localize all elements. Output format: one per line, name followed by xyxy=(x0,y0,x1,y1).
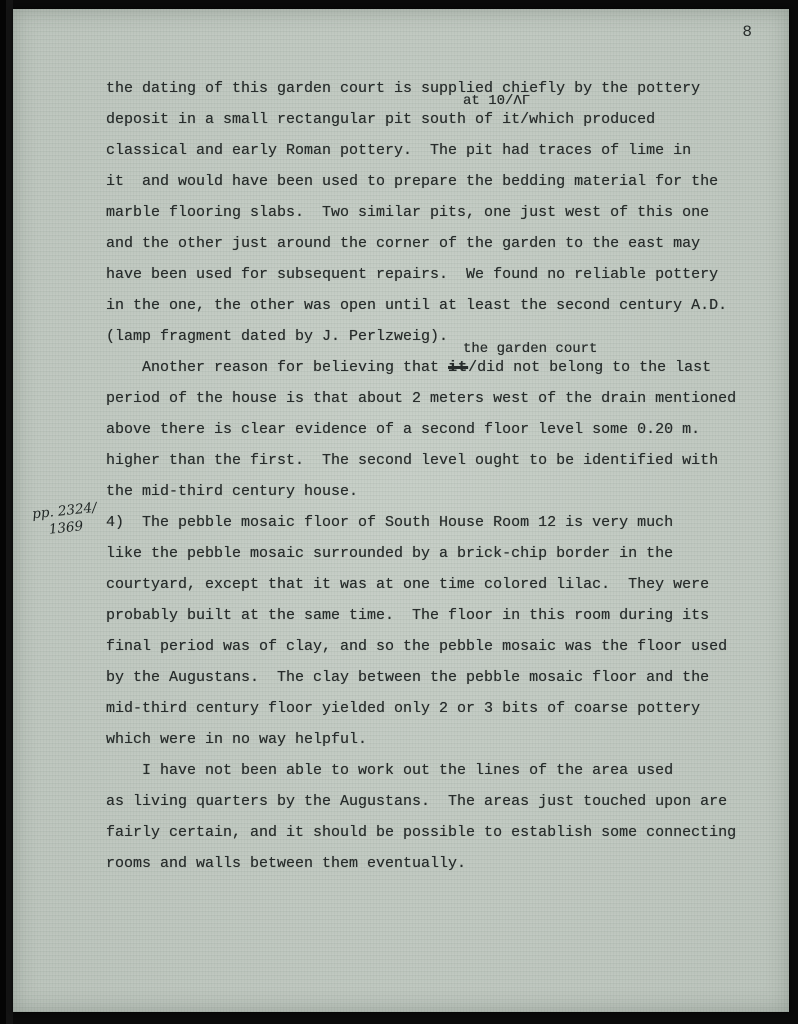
interlinear-insert: at 10/ΛΓ xyxy=(463,94,530,108)
typescript-line-text: deposit in a small rectangular pit south… xyxy=(106,111,655,128)
typescript-line: rooms and walls between them eventually. xyxy=(106,848,774,879)
typescript-line: have been used for subsequent repairs. W… xyxy=(106,259,774,290)
typescript-line: above there is clear evidence of a secon… xyxy=(106,414,774,445)
margin-annotation-line2: 1369 xyxy=(48,517,99,539)
typescript-line: fairly certain, and it should be possibl… xyxy=(106,817,774,848)
typescript-line: the garden court Another reason for beli… xyxy=(106,352,774,383)
typescript-line: by the Augustans. The clay between the p… xyxy=(106,662,774,693)
typescript-line: like the pebble mosaic surrounded by a b… xyxy=(106,538,774,569)
typescript-line: I have not been able to work out the lin… xyxy=(106,755,774,786)
typescript-line: the dating of this garden court is suppl… xyxy=(106,73,774,104)
typescript-line: 4) The pebble mosaic floor of South Hous… xyxy=(106,507,774,538)
typescript-line-text: Another reason for believing that xyxy=(106,359,448,376)
typescript-line: period of the house is that about 2 mete… xyxy=(106,383,774,414)
scanned-page: 8 pp. 2324/1369 the dating of this garde… xyxy=(13,9,789,1012)
typescript-line: mid-third century floor yielded only 2 o… xyxy=(106,693,774,724)
typescript-line: classical and early Roman pottery. The p… xyxy=(106,135,774,166)
typescript-line: the mid-third century house. xyxy=(106,476,774,507)
typescript-line: courtyard, except that it was at one tim… xyxy=(106,569,774,600)
margin-annotation: pp. 2324/1369 xyxy=(31,500,99,541)
typescript-line: as living quarters by the Augustans. The… xyxy=(106,786,774,817)
typescript-line: in the one, the other was open until at … xyxy=(106,290,774,321)
typescript-line: and the other just around the corner of … xyxy=(106,228,774,259)
typescript-line: at 10/ΛΓdeposit in a small rectangular p… xyxy=(106,104,774,135)
typescript-line: probably built at the same time. The flo… xyxy=(106,600,774,631)
typescript-line: higher than the first. The second level … xyxy=(106,445,774,476)
typescript-line: it and would have been used to prepare t… xyxy=(106,166,774,197)
typescript-line: marble flooring slabs. Two similar pits,… xyxy=(106,197,774,228)
overstruck-word: it xyxy=(448,359,468,376)
page-number: 8 xyxy=(742,23,753,41)
scan-background: 8 pp. 2324/1369 the dating of this garde… xyxy=(0,0,798,1024)
typescript-body: the dating of this garden court is suppl… xyxy=(106,73,774,879)
interlinear-insert: the garden court xyxy=(463,342,597,356)
typescript-line: which were in no way helpful. xyxy=(106,724,774,755)
typescript-line: (lamp fragment dated by J. Perlzweig). xyxy=(106,321,774,352)
typescript-line-text: /did not belong to the last xyxy=(468,359,711,376)
typescript-line: final period was of clay, and so the peb… xyxy=(106,631,774,662)
